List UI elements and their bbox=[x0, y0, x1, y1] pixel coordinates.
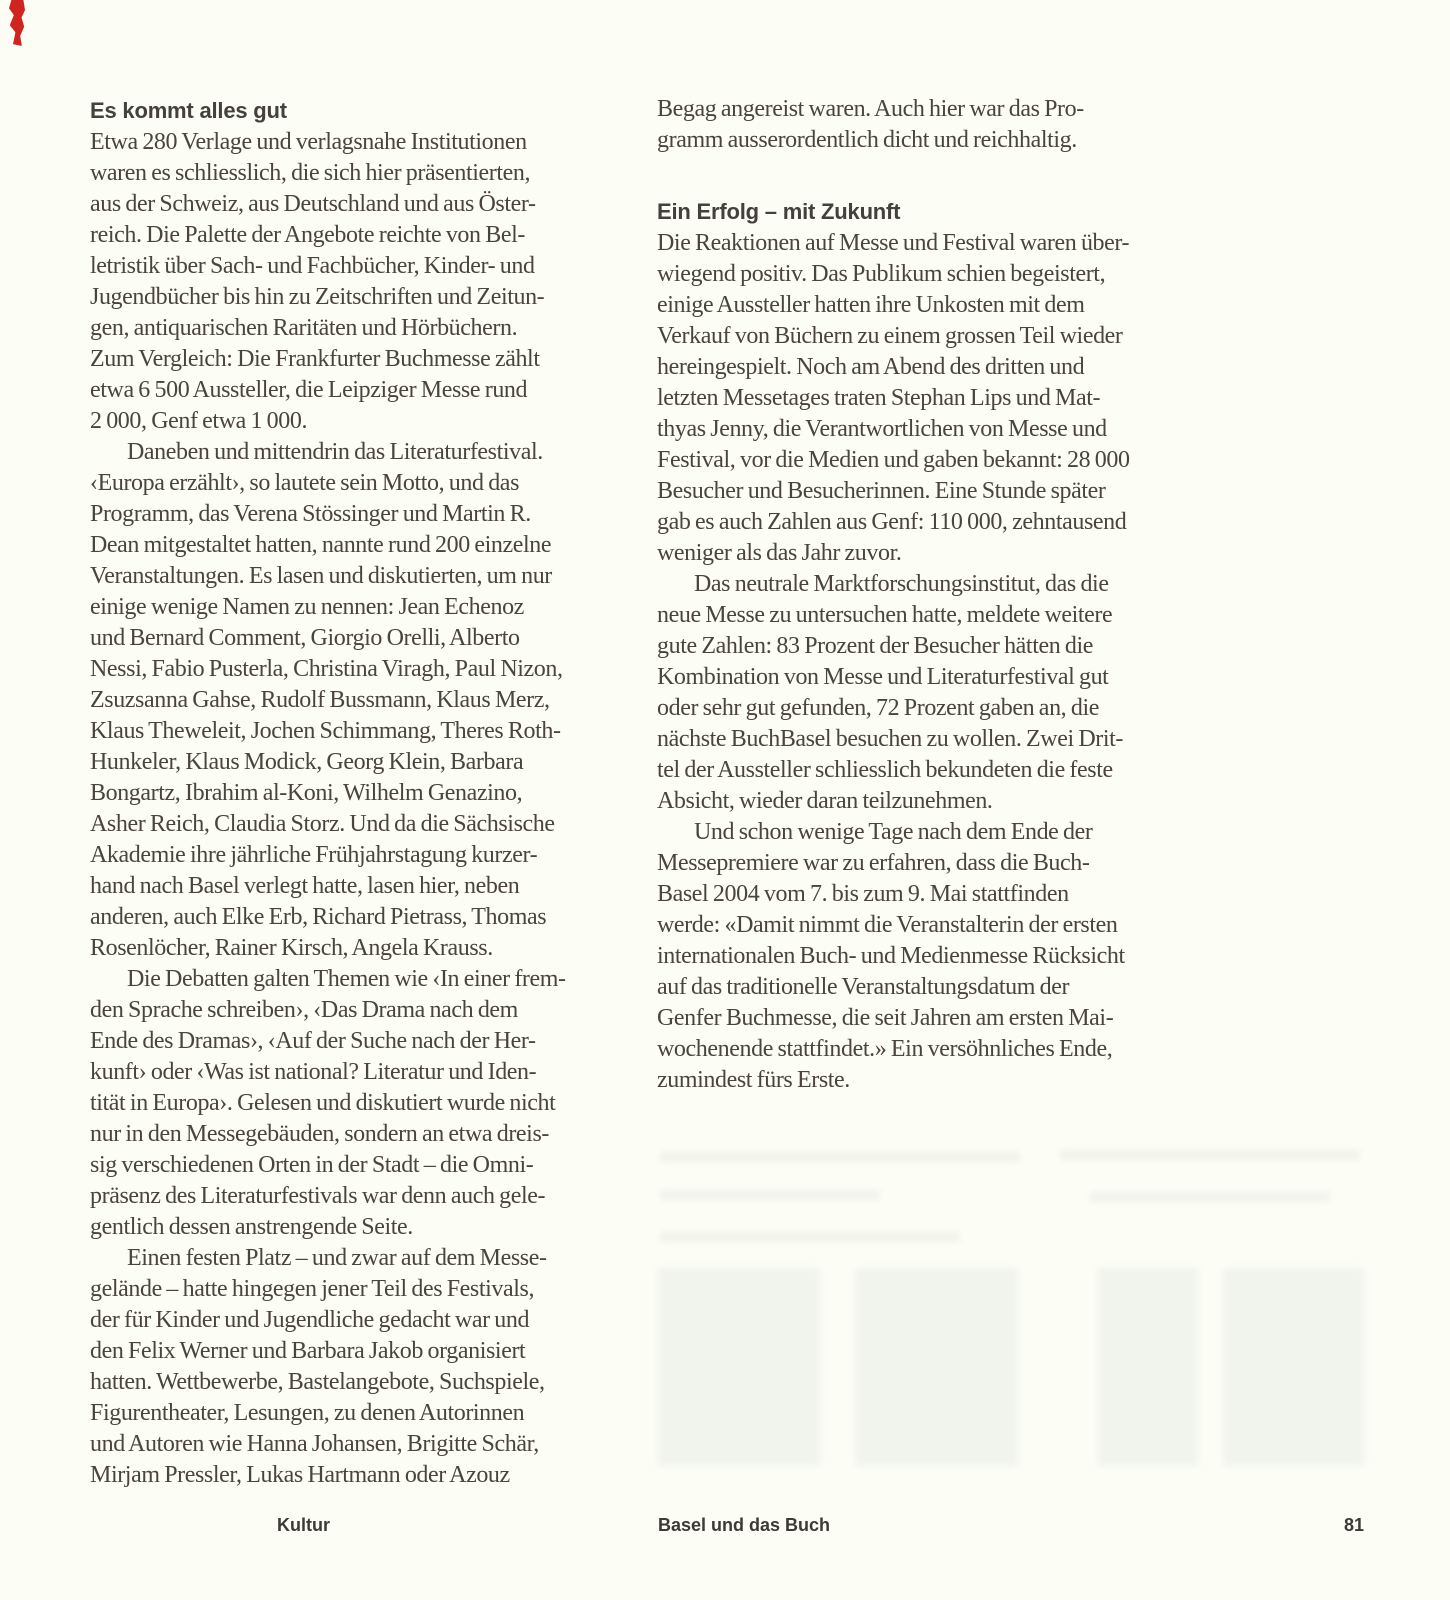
bleedthrough-block bbox=[1098, 1268, 1198, 1466]
footer-article-title: Basel und das Buch bbox=[658, 1514, 830, 1536]
bleedthrough-line bbox=[1090, 1192, 1330, 1202]
heading-ein-erfolg-mit-zukunft: Ein Erfolg – mit Zukunft bbox=[657, 195, 1219, 228]
heading-es-kommt-alles-gut: Es kommt alles gut bbox=[90, 94, 652, 127]
bleedthrough-line bbox=[660, 1190, 880, 1200]
paragraph: Etwa 280 Verlage und verlagsnahe Institu… bbox=[90, 127, 652, 437]
bleedthrough-line bbox=[660, 1152, 1020, 1162]
magazine-page: Es kommt alles gut Etwa 280 Verlage und … bbox=[0, 0, 1450, 1600]
bleedthrough-block bbox=[1224, 1268, 1364, 1466]
bleedthrough-block bbox=[856, 1268, 1018, 1466]
paragraph: Daneben und mittendrin das Literaturfest… bbox=[90, 437, 652, 964]
paragraph: Die Reaktionen auf Messe und Festival wa… bbox=[657, 228, 1219, 569]
paragraph: Die Debatten galten Themen wie ‹In einer… bbox=[90, 964, 652, 1243]
paragraph: Das neutrale Marktforschungsinstitut, da… bbox=[657, 569, 1219, 817]
bleedthrough-block bbox=[658, 1268, 820, 1466]
paragraph: Einen festen Platz – und zwar auf dem Me… bbox=[90, 1243, 652, 1491]
bleedthrough-line bbox=[660, 1232, 960, 1242]
left-column: Es kommt alles gut Etwa 280 Verlage und … bbox=[90, 94, 652, 1491]
right-column: Begag angereist waren. Auch hier war das… bbox=[657, 94, 1219, 1096]
footer-page-number: 81 bbox=[1344, 1514, 1364, 1536]
continuation-paragraph: Begag angereist waren. Auch hier war das… bbox=[657, 94, 1219, 156]
red-edge-mark bbox=[9, 0, 25, 46]
paragraph: Und schon wenige Tage nach dem Ende der … bbox=[657, 817, 1219, 1096]
footer-section-label: Kultur bbox=[277, 1514, 330, 1536]
bleedthrough-line bbox=[1060, 1150, 1360, 1160]
